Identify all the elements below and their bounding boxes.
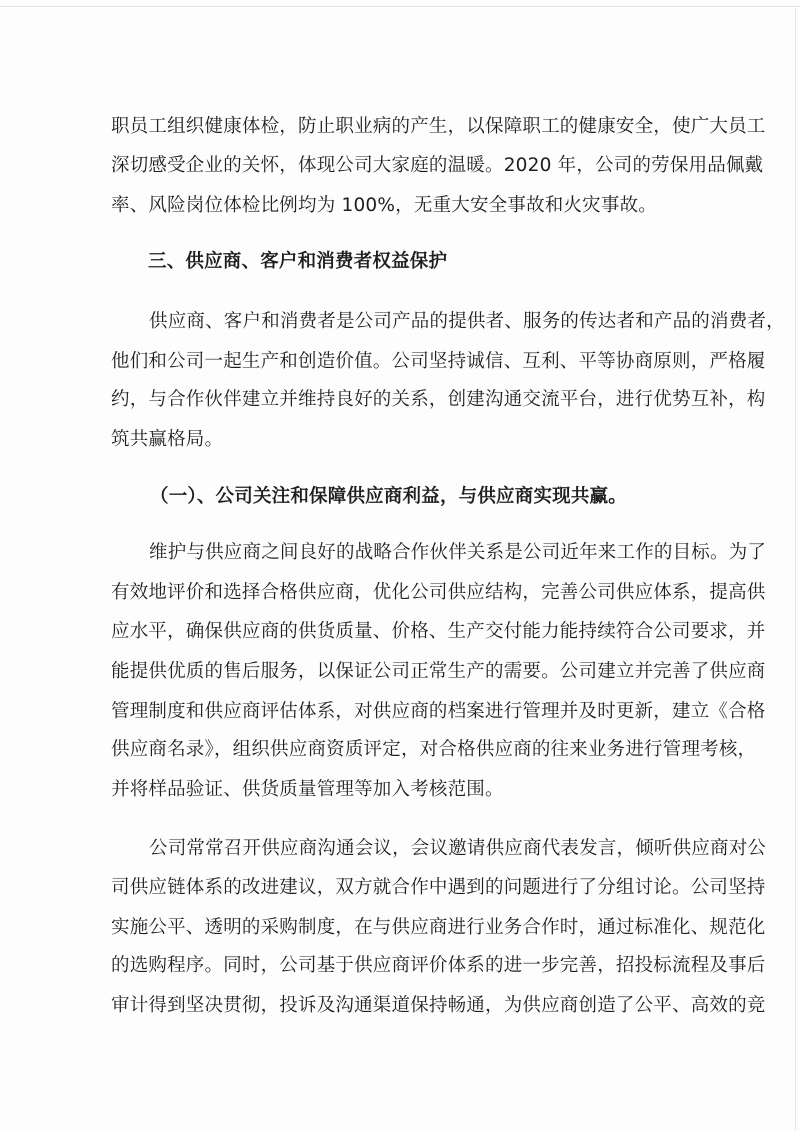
text-line: 深切感受企业的关怀，体现公司大家庭的温暖。2020 年，公司的劳保用品佩戴 — [111, 154, 681, 178]
text-line: 职员工组织健康体检，防止职业病的产生，以保障职工的健康安全，使广大员工 — [111, 115, 681, 139]
text-line: 并将样品验证、供货质量管理等加入考核范围。 — [111, 778, 681, 802]
text-line: 有效地评价和选择合格供应商，优化公司供应结构，完善公司供应体系，提高供 — [111, 581, 681, 605]
text-line: 应水平，确保供应商的供货质量、价格、生产交付能力能持续符合公司要求，并 — [111, 620, 681, 644]
text-line: 司供应链体系的改进建议，双方就合作中遇到的问题进行了分组讨论。公司坚持 — [111, 876, 681, 900]
document-page: 职员工组织健康体检，防止职业病的产生，以保障职工的健康安全，使广大员工 深切感受… — [0, 0, 800, 1131]
text-line: 筑共赢格局。 — [111, 428, 681, 452]
text-line: 的选购程序。同时，公司基于供应商评价体系的进一步完善，招投标流程及事后 — [111, 954, 681, 978]
text-line: 率、风险岗位体检比例均为 100%，无重大安全事故和火灾事故。 — [111, 194, 681, 218]
text-line: 约，与合作伙伴建立并维持良好的关系，创建沟通交流平台，进行优势互补，构 — [111, 388, 681, 412]
text-line: 实施公平、透明的采购制度，在与供应商进行业务合作时，通过标准化、规范化 — [111, 916, 681, 940]
text-line: 供应商名录》，组织供应商资质评定，对合格供应商的往来业务进行管理考核， — [111, 738, 681, 762]
text-line: 供应商、客户和消费者是公司产品的提供者、服务的传达者和产品的消费者， — [149, 310, 681, 334]
subsection-heading: （一）、公司关注和保障供应商利益，与供应商实现共赢。 — [150, 485, 720, 509]
scan-edge-right — [795, 8, 796, 1131]
text-line: 公司常常召开供应商沟通会议，会议邀请供应商代表发言，倾听供应商对公 — [149, 837, 681, 861]
text-line: 管理制度和供应商评估体系，对供应商的档案进行管理并及时更新，建立《合格 — [111, 700, 681, 724]
text-line: 维护与供应商之间良好的战略合作伙伴关系是公司近年来工作的目标。为了 — [149, 541, 681, 565]
text-line: 能提供优质的售后服务，以保证公司正常生产的需要。公司建立并完善了供应商 — [111, 660, 681, 684]
text-line: 审计得到坚决贯彻，投诉及沟通渠道保持畅通，为供应商创造了公平、高效的竞 — [111, 994, 681, 1018]
section-heading: 三、供应商、客户和消费者权益保护 — [148, 250, 718, 274]
scan-edge-top — [0, 6, 800, 7]
text-line: 他们和公司一起生产和创造价值。公司坚持诚信、互利、平等协商原则，严格履 — [111, 350, 681, 374]
